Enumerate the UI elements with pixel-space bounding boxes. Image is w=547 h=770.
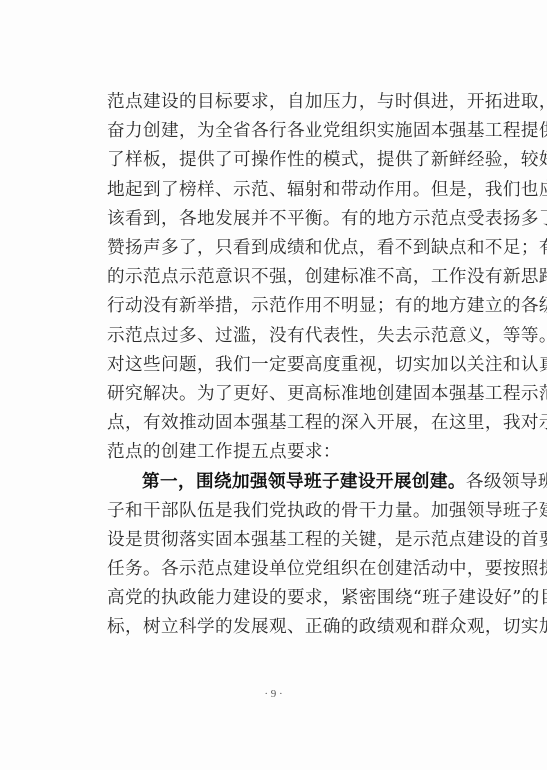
text-line: 了样板，提供了可操作性的模式，提供了新鲜经验，较好 bbox=[107, 146, 481, 175]
text-line: 的示范点示范意识不强，创建标准不高，工作没有新思路， bbox=[107, 263, 481, 292]
text-line: 标，树立科学的发展观、正确的政绩观和群众观，切实加 bbox=[107, 613, 481, 642]
text-line: 子和干部队伍是我们党执政的骨干力量。加强领导班子建 bbox=[107, 497, 481, 526]
section-heading: 第一，围绕加强领导班子建设开展创建。 bbox=[142, 471, 466, 492]
text-line: 点，有效推动固本强基工程的深入开展，在这里，我对示 bbox=[107, 409, 481, 438]
body-text: 范点建设的目标要求，自加压力，与时俱进，开拓进取， 奋力创建，为全省各行各业党组… bbox=[107, 88, 481, 643]
text-line: 地起到了榜样、示范、辐射和带动作用。但是，我们也应 bbox=[107, 176, 481, 205]
document-page: 范点建设的目标要求，自加压力，与时俱进，开拓进取， 奋力创建，为全省各行各业党组… bbox=[0, 0, 547, 770]
text-line: 设是贯彻落实固本强基工程的关键，是示范点建设的首要 bbox=[107, 526, 481, 555]
text-line: 行动没有新举措，示范作用不明显；有的地方建立的各级 bbox=[107, 292, 481, 321]
page-number: · 9 · bbox=[0, 688, 547, 700]
text-line: 研究解决。为了更好、更高标准地创建固本强基工程示范 bbox=[107, 380, 481, 409]
text-line: 对这些问题，我们一定要高度重视，切实加以关注和认真 bbox=[107, 351, 481, 380]
text-line: 高党的执政能力建设的要求，紧密围绕“班子建设好”的目 bbox=[107, 584, 481, 613]
text-line: 赞扬声多了，只看到成绩和优点，看不到缺点和不足；有 bbox=[107, 234, 481, 263]
text-line: 任务。各示范点建设单位党组织在创建活动中，要按照提 bbox=[107, 555, 481, 584]
text-line: 范点的创建工作提五点要求： bbox=[107, 438, 481, 467]
text-line: 范点建设的目标要求，自加压力，与时俱进，开拓进取， bbox=[107, 88, 481, 117]
text-line: 示范点过多、过滥，没有代表性，失去示范意义，等等。 bbox=[107, 322, 481, 351]
text-line: 该看到，各地发展并不平衡。有的地方示范点受表扬多了， bbox=[107, 205, 481, 234]
section-first-line: 第一，围绕加强领导班子建设开展创建。各级领导班 bbox=[107, 467, 481, 496]
section-text: 各级领导班 bbox=[466, 472, 547, 492]
text-line: 奋力创建，为全省各行各业党组织实施固本强基工程提供 bbox=[107, 117, 481, 146]
